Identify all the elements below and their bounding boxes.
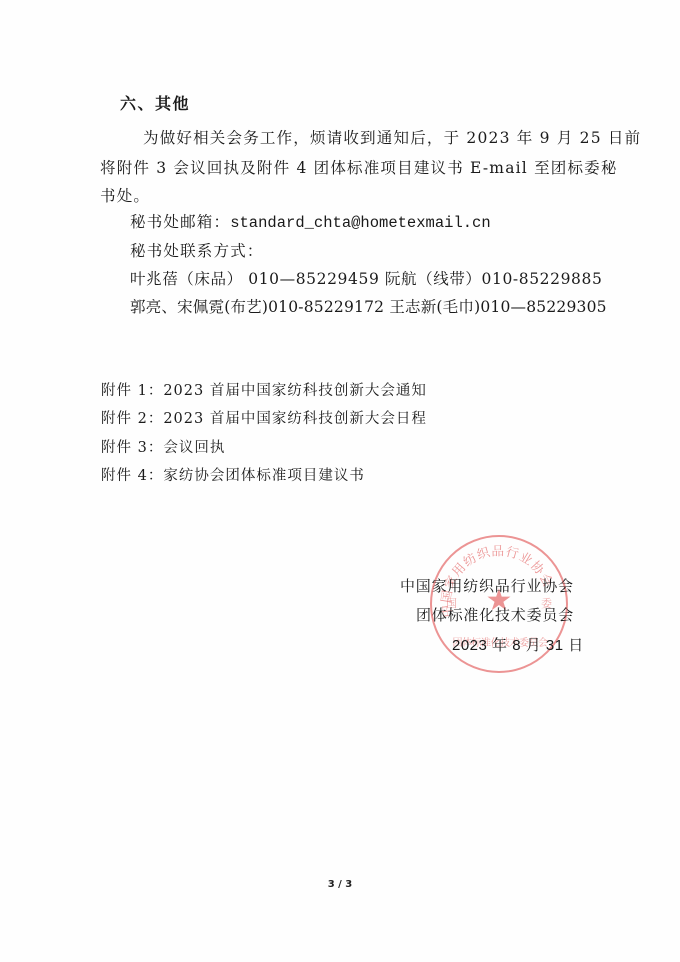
attachment-item: 附件 4：家纺协会团体标准项目建议书 bbox=[101, 466, 365, 486]
attachment-item: 附件 1：2023 首届中国家纺科技创新大会通知 bbox=[101, 381, 427, 401]
page-number: 3 / 3 bbox=[0, 879, 680, 890]
contacts-line-2: 郭亮、宋佩霓(布艺)010-85229172 王志新(毛巾)010—852293… bbox=[130, 297, 607, 317]
contacts-line-1: 叶兆蓓（床品） 010—85229459 阮航（线带）010-85229885 bbox=[130, 269, 602, 289]
email-value[interactable]: standard_chta@hometexmail.cn bbox=[230, 214, 490, 232]
attachment-item: 附件 2：2023 首届中国家纺科技创新大会日程 bbox=[101, 409, 427, 429]
email-row: 秘书处邮箱：standard_chta@hometexmail.cn bbox=[130, 212, 491, 233]
signature-committee: 团体标准化技术委员会 bbox=[416, 605, 574, 625]
email-label: 秘书处邮箱： bbox=[130, 213, 230, 231]
attachment-item: 附件 3：会议回执 bbox=[101, 438, 225, 458]
document-page: 六、其他 为做好相关会务工作，烦请收到通知后，于 2023 年 9 月 25 日… bbox=[0, 0, 680, 962]
signature-date: 2023 年 8 月 31 日 bbox=[452, 636, 584, 656]
paragraph-line-3: 书处。 bbox=[100, 186, 150, 206]
paragraph-line-1: 为做好相关会务工作，烦请收到通知后，于 2023 年 9 月 25 日前 bbox=[143, 128, 641, 148]
section-heading: 六、其他 bbox=[120, 94, 190, 114]
signature-org: 中国家用纺织品行业协会 bbox=[400, 576, 574, 596]
contact-label: 秘书处联系方式： bbox=[130, 241, 264, 261]
paragraph-line-2: 将附件 3 会议回执及附件 4 团体标准项目建议书 E-mail 至团标委秘 bbox=[100, 158, 618, 178]
